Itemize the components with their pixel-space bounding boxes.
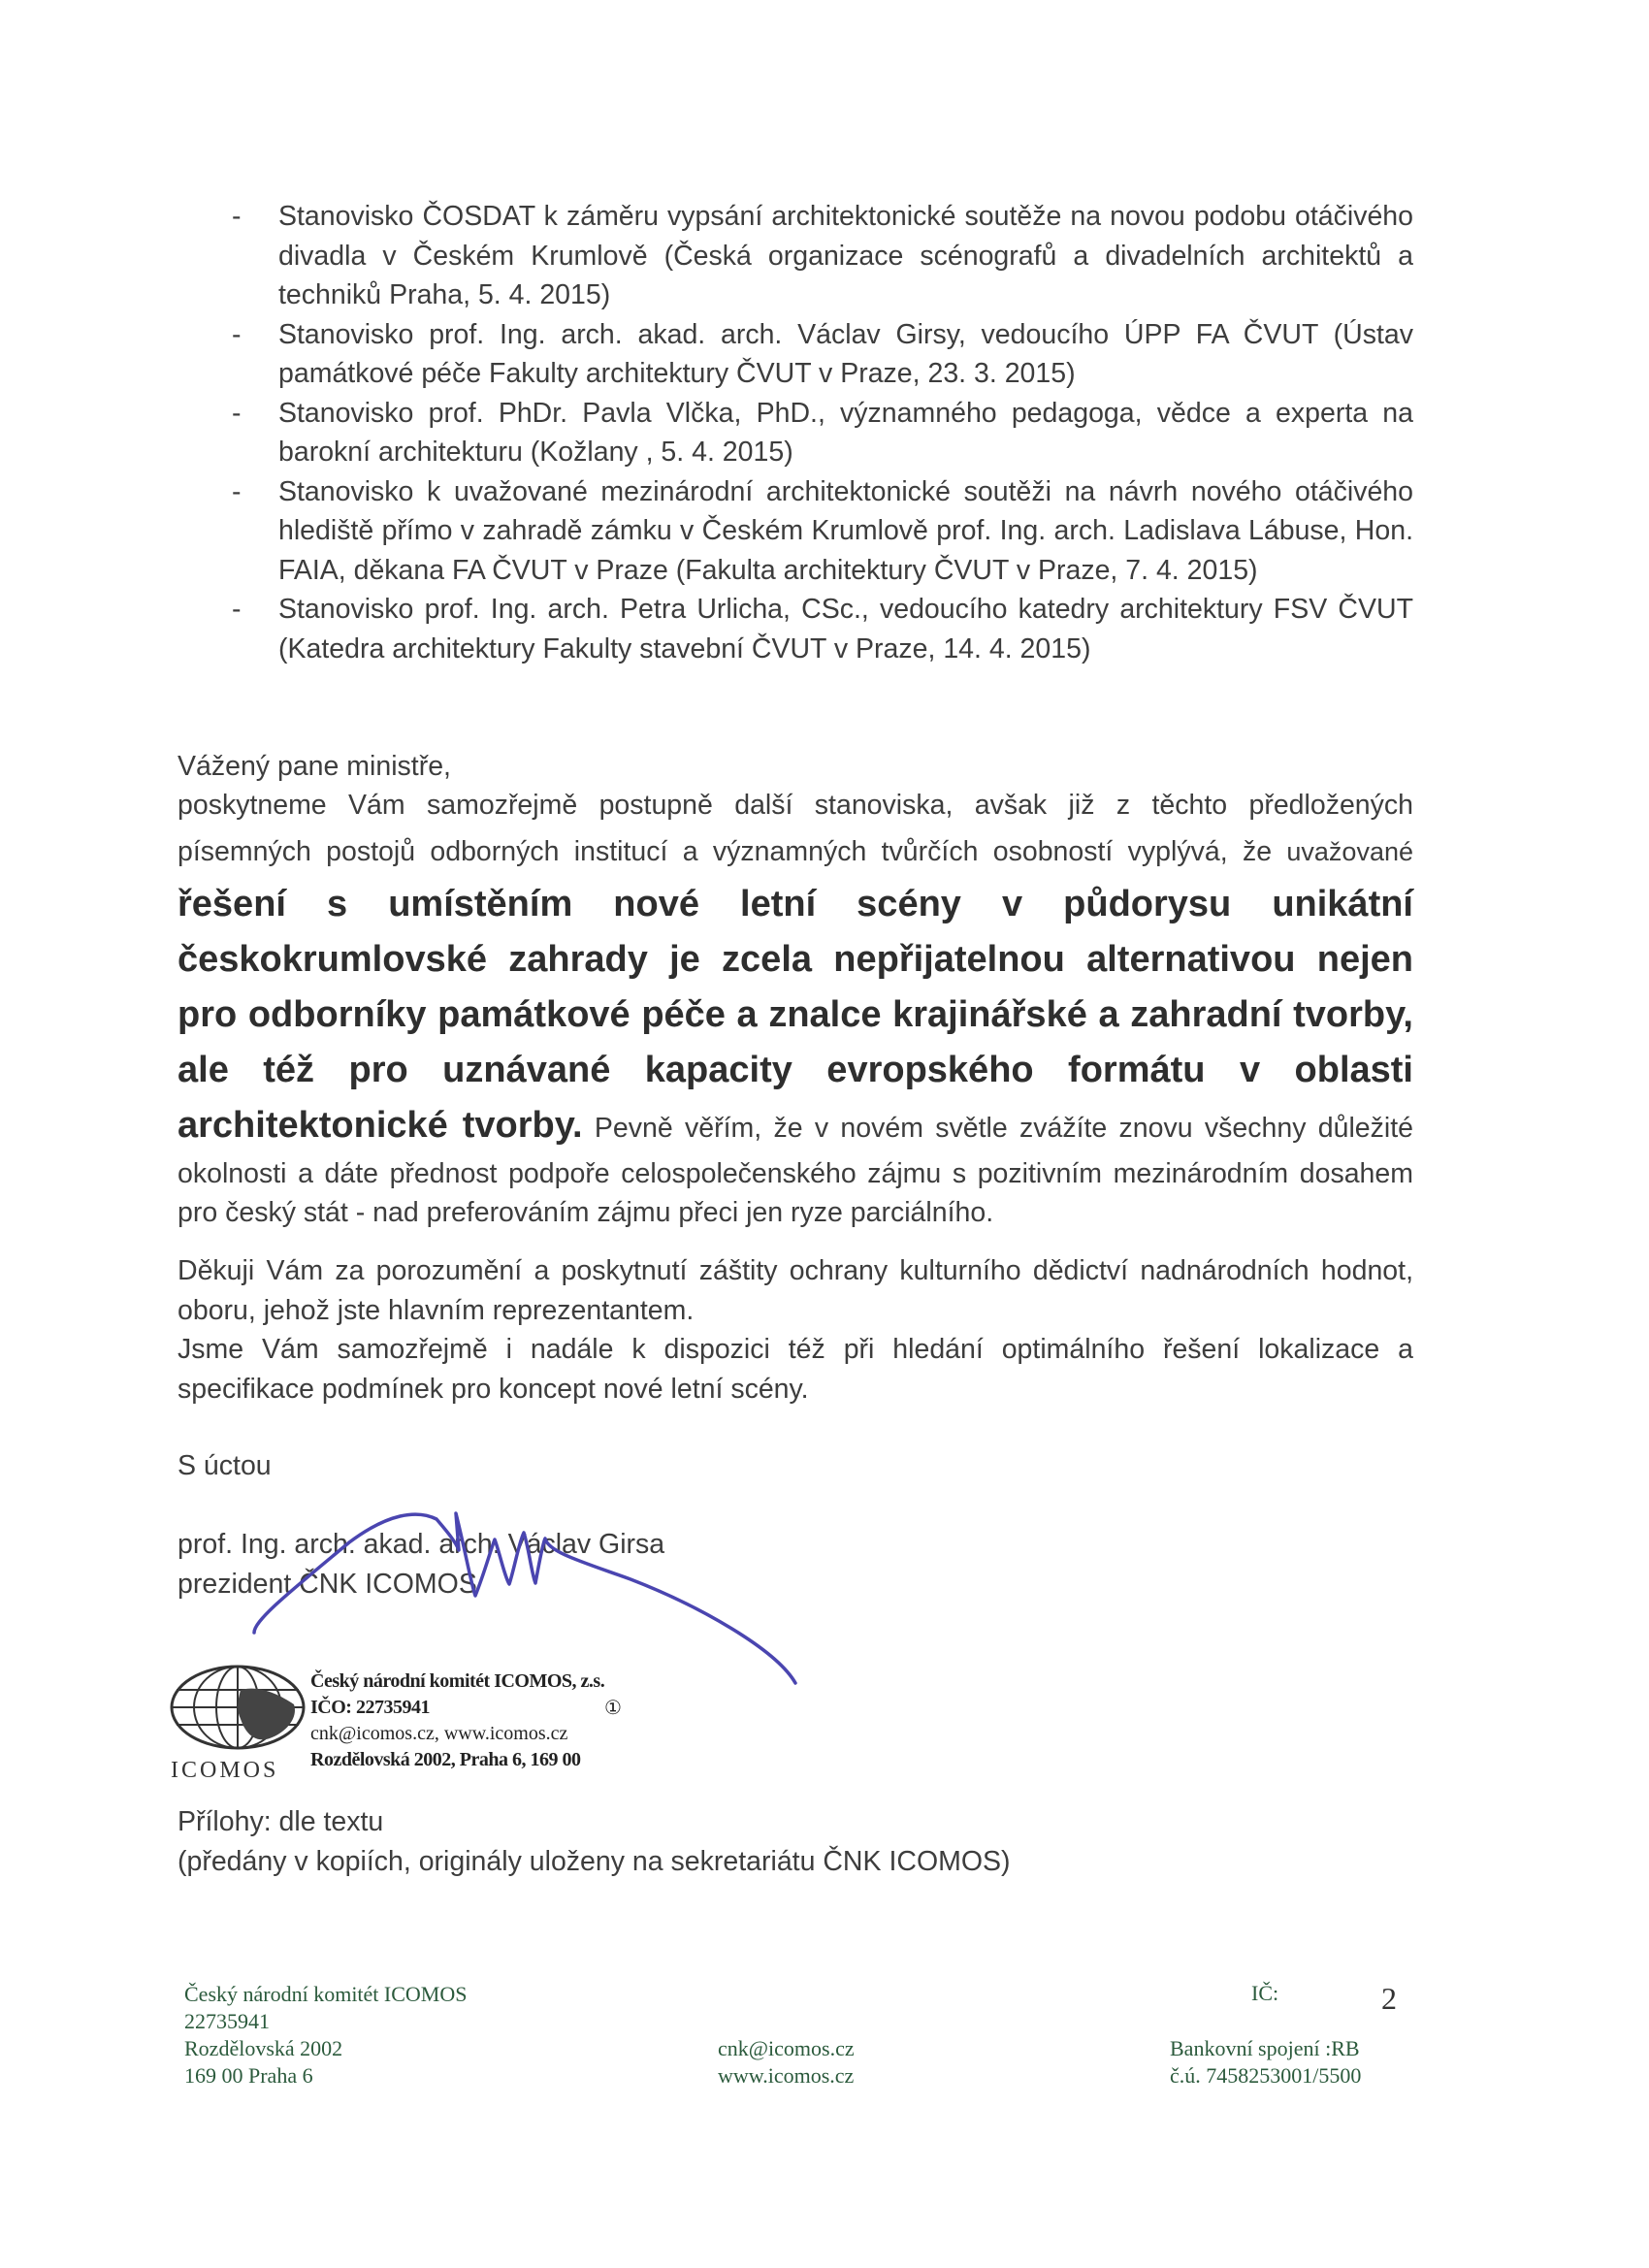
statement-text: Stanovisko prof. PhDr. Pavla Vlčka, PhD.… xyxy=(278,398,1413,469)
statement-item: -Stanovisko prof. PhDr. Pavla Vlčka, PhD… xyxy=(178,394,1413,472)
list-dash: - xyxy=(232,394,242,434)
signatory-title: prezident ČNK ICOMOS xyxy=(178,1565,1413,1604)
salutation: Vážený pane ministře, xyxy=(178,747,1413,787)
letter-page: -Stanovisko ČOSDAT k záměru vypsání arch… xyxy=(0,0,1649,2268)
attachments-note: (předány v kopiích, originály uloženy na… xyxy=(178,1842,1413,1882)
attachments-label: Přílohy: dle textu xyxy=(178,1802,1413,1842)
paragraph-lead: uvažované xyxy=(1286,837,1413,866)
stamp-ico: IČO: 22735941 xyxy=(310,1695,604,1721)
statement-item: -Stanovisko ČOSDAT k záměru vypsání arch… xyxy=(178,197,1413,315)
footer-city: 169 00 Praha 6 xyxy=(184,2062,468,2090)
list-dash: - xyxy=(232,472,242,512)
stamp-text: Český národní komitét ICOMOS, z.s. IČO: … xyxy=(310,1669,604,1773)
statement-text: Stanovisko prof. Ing. arch. Petra Urlich… xyxy=(278,594,1413,664)
footer-org: Český národní komitét ICOMOS xyxy=(184,1981,468,2008)
main-paragraph: poskytneme Vám samozřejmě postupně další… xyxy=(178,786,1413,1233)
list-dash: - xyxy=(232,197,242,237)
page-number: 2 xyxy=(1381,1981,1397,2017)
signatory-name: prof. Ing. arch. akad. arch. Václav Girs… xyxy=(178,1525,1413,1565)
stamp-org: Český národní komitét ICOMOS, z.s. xyxy=(310,1669,604,1695)
bold-statement: řešení s umístěním nové letní scény v pů… xyxy=(178,884,1413,1146)
stamp-contact: cnk@icomos.cz, www.icomos.cz xyxy=(310,1721,604,1747)
footer-contact: cnk@icomos.cz www.icomos.cz xyxy=(718,2035,855,2090)
organization-stamp: ICOMOS Český národní komitét ICOMOS, z.s… xyxy=(163,1661,619,1787)
footer-bank: Bankovní spojení :RB č.ú. 7458253001/550… xyxy=(1170,2035,1361,2090)
thanks-paragraph: Děkuji Vám za porozumění a poskytnutí zá… xyxy=(178,1251,1413,1409)
paragraph-intro: poskytneme Vám samozřejmě postupně další… xyxy=(178,790,1413,867)
emphasis-block: uvažované řešení s umístěním nové letní … xyxy=(178,836,1413,1144)
stamp-address: Rozdělovská 2002, Praha 6, 169 00 xyxy=(310,1747,604,1773)
footer-street: Rozdělovská 2002 xyxy=(184,2035,468,2062)
statement-text: Stanovisko prof. Ing. arch. akad. arch. … xyxy=(278,319,1413,390)
statement-text: Stanovisko ČOSDAT k záměru vypsání archi… xyxy=(278,201,1413,310)
footer-account: č.ú. 7458253001/5500 xyxy=(1170,2062,1361,2090)
statement-item: -Stanovisko prof. Ing. arch. Petra Urlic… xyxy=(178,590,1413,668)
statement-item: -Stanovisko k uvažované mezinárodní arch… xyxy=(178,472,1413,591)
signature-block: prof. Ing. arch. akad. arch. Václav Girs… xyxy=(178,1525,1413,1604)
availability-line: Jsme Vám samozřejmě i nadále k dispozici… xyxy=(178,1330,1413,1409)
footer-id: 22735941 xyxy=(184,2008,468,2035)
list-dash: - xyxy=(232,590,242,630)
stamp-registration-mark: ① xyxy=(604,1696,622,1720)
footer-address: Český národní komitét ICOMOS 22735941 Ro… xyxy=(184,1981,468,2090)
footer-bank-name: Bankovní spojení :RB xyxy=(1170,2035,1361,2062)
statement-item: -Stanovisko prof. Ing. arch. akad. arch.… xyxy=(178,315,1413,394)
list-dash: - xyxy=(232,315,242,355)
footer-email: cnk@icomos.cz xyxy=(718,2035,855,2062)
closing: S úctou xyxy=(178,1446,1413,1486)
attachments-block: Přílohy: dle textu (předány v kopiích, o… xyxy=(178,1802,1413,1881)
statements-list: -Stanovisko ČOSDAT k záměru vypsání arch… xyxy=(178,197,1413,668)
statement-text: Stanovisko k uvažované mezinárodní archi… xyxy=(278,476,1413,586)
footer-ic-label: IČ: xyxy=(1251,1981,1278,2006)
icomos-logo-word: ICOMOS xyxy=(171,1758,278,1784)
thanks-line: Děkuji Vám za porozumění a poskytnutí zá… xyxy=(178,1251,1413,1330)
footer-web: www.icomos.cz xyxy=(718,2062,855,2090)
